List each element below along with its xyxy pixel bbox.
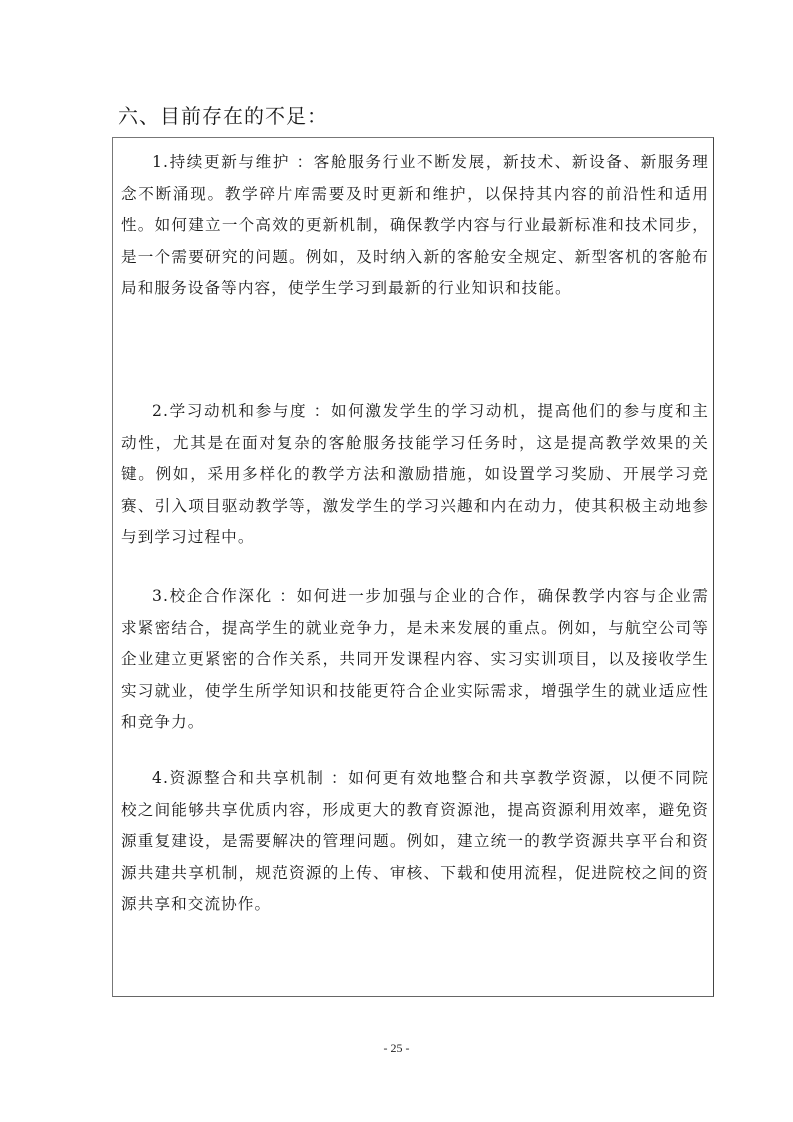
item-school-enterprise: 3.校企合作深化 ：如何进一步加强与企业的合作，确保教学内容与企业需求紧密结合，… <box>121 581 709 739</box>
section-heading: 六、目前存在的不足： <box>118 100 328 129</box>
item-text: 4.资源整合和共享机制 ：如何更有效地整合和共享教学资源，以便不同院校之间能够共… <box>121 769 709 913</box>
item-text: 1.持续更新与维护 ：客舱服务行业不断发展，新技术、新设备、新服务理念不断涌现。… <box>121 153 709 297</box>
page-number: - 25 - <box>0 1041 793 1056</box>
item-resource-sharing: 4.资源整合和共享机制 ：如何更有效地整合和共享教学资源，以便不同院校之间能够共… <box>121 763 709 921</box>
item-text: 3.校企合作深化 ：如何进一步加强与企业的合作，确保教学内容与企业需求紧密结合，… <box>121 587 709 731</box>
item-text: 2.学习动机和参与度 ：如何激发学生的学习动机，提高他们的参与度和主动性，尤其是… <box>121 402 709 546</box>
item-continuous-update: 1.持续更新与维护 ：客舱服务行业不断发展，新技术、新设备、新服务理念不断涌现。… <box>121 147 709 305</box>
item-learning-motivation: 2.学习动机和参与度 ：如何激发学生的学习动机，提高他们的参与度和主动性，尤其是… <box>121 396 709 554</box>
